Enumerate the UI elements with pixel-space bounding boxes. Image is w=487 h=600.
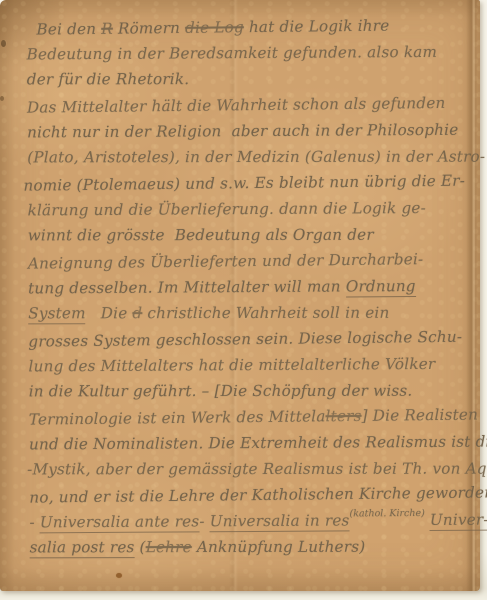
handwritten-segment: -Mystik, aber der gemässigte Realismus i… bbox=[27, 460, 487, 479]
handwritten-segment: Lehre bbox=[146, 538, 192, 556]
handwritten-line: salia post res (Lehre Anknüpfung Luthers… bbox=[30, 535, 487, 562]
handwritten-segment: lters bbox=[325, 407, 361, 425]
handwritten-segment: hat die Logik ihre bbox=[244, 17, 390, 37]
handwritten-segment: der für die Rhetorik. bbox=[27, 70, 190, 88]
handwritten-segment: (kathol. Kirche) bbox=[349, 508, 424, 519]
handwritten-segment: christliche Wahrheit soll in ein bbox=[142, 304, 389, 322]
handwritten-segment: Terminologie ist ein Werk des Mittela bbox=[29, 407, 326, 428]
handwritten-segment: Aneignung des Überlieferten und der Durc… bbox=[28, 250, 424, 272]
handwritten-line: der für die Rhetorik. bbox=[27, 67, 487, 94]
handwritten-line: und die Nominalisten. Die Extremheit des… bbox=[29, 429, 487, 458]
handwritten-segment: salia post res bbox=[30, 538, 135, 558]
handwritten-line: Aneignung des Überlieferten und der Durc… bbox=[28, 246, 487, 277]
manuscript-page: Bei den R Römern die Log hat die Logik i… bbox=[0, 0, 480, 591]
handwritten-line: Bei den R Römern die Log hat die Logik i… bbox=[36, 12, 487, 43]
manuscript-text: Bei den R Römern die Log hat die Logik i… bbox=[0, 0, 487, 563]
handwritten-segment: Anknüpfung Luthers) bbox=[192, 538, 366, 556]
handwritten-segment: Ordnung bbox=[346, 277, 416, 297]
handwritten-segment: lung des Mittelalters hat die mittelalte… bbox=[28, 355, 435, 375]
handwritten-line: Bedeutung in der Beredsamkeit gefunden. … bbox=[27, 39, 487, 68]
handwritten-line: System Die d christliche Wahrheit soll i… bbox=[28, 301, 487, 328]
handwritten-segment: Bedeutung in der Beredsamkeit gefunden. … bbox=[27, 43, 438, 64]
handwritten-line: (Plato, Aristoteles), in der Medizin (Ga… bbox=[27, 145, 487, 172]
handwritten-segment: Universalia in res bbox=[210, 511, 350, 532]
handwritten-segment: ( bbox=[135, 538, 146, 556]
handwritten-line: klärung und die Überlieferung. dann die … bbox=[27, 195, 487, 224]
handwritten-segment: System bbox=[28, 304, 86, 324]
handwritten-line: - Universalia ante res- Universalia in r… bbox=[29, 507, 487, 536]
handwritten-segment: - bbox=[29, 513, 39, 531]
handwritten-segment: Die bbox=[86, 304, 133, 322]
handwritten-segment: die Log bbox=[185, 18, 244, 37]
handwritten-segment: (Plato, Aristoteles), in der Medizin (Ga… bbox=[27, 148, 485, 167]
handwritten-line: lung des Mittelalters hat die mittelalte… bbox=[28, 351, 487, 380]
handwritten-segment: no, und er ist die Lehre der Katholische… bbox=[29, 483, 487, 506]
handwritten-segment: R bbox=[101, 20, 113, 38]
handwritten-line: nomie (Ptolemaeus) und s.w. Es bleibt nu… bbox=[23, 168, 487, 199]
handwritten-segment: ] Die Realisten bbox=[361, 406, 478, 425]
handwritten-segment: und die Nominalisten. Die Extremheit des… bbox=[29, 433, 487, 454]
handwritten-line: nicht nur in der Religion aber auch in d… bbox=[27, 117, 487, 146]
handwritten-segment: nomie (Ptolemaeus) und s.w. Es bleibt nu… bbox=[23, 172, 465, 195]
handwritten-segment: Univer- bbox=[430, 511, 487, 531]
handwritten-line: winnt die grösste Bedeutung als Organ de… bbox=[28, 223, 487, 250]
handwritten-segment: nicht nur in der Religion aber auch in d… bbox=[27, 121, 458, 142]
handwritten-segment: Das Mittelalter hält die Wahrheit schon … bbox=[27, 94, 446, 117]
handwritten-line: grosses System geschlossen sein. Diese l… bbox=[28, 324, 487, 355]
handwritten-line: Terminologie ist ein Werk des Mittelalte… bbox=[29, 402, 487, 433]
handwritten-line: in die Kultur geführt. – [Die Schöpfung … bbox=[29, 379, 487, 406]
handwritten-segment: d bbox=[132, 304, 142, 322]
handwritten-segment: klärung und die Überlieferung. dann die … bbox=[28, 199, 426, 219]
handwritten-segment: Universalia ante res bbox=[40, 512, 200, 533]
handwritten-line: Das Mittelalter hält die Wahrheit schon … bbox=[27, 90, 487, 121]
handwritten-line: tung desselben. Im Mittelalter will man … bbox=[28, 273, 487, 302]
handwritten-segment: grosses System geschlossen sein. Diese l… bbox=[28, 328, 462, 351]
paper-speck bbox=[1, 40, 6, 47]
handwritten-line: -Mystik, aber der gemässigte Realismus i… bbox=[27, 457, 487, 484]
paper-speck bbox=[0, 96, 4, 101]
handwritten-segment: Römern bbox=[113, 19, 185, 38]
handwritten-line: no, und er ist die Lehre der Katholische… bbox=[29, 480, 487, 511]
scanned-photo: Bei den R Römern die Log hat die Logik i… bbox=[0, 0, 487, 600]
paper-speck bbox=[116, 573, 122, 578]
handwritten-segment: tung desselben. Im Mittelalter will man bbox=[28, 277, 346, 297]
handwritten-segment: Bei den bbox=[36, 20, 101, 39]
handwritten-segment: winnt die grösste Bedeutung als Organ de… bbox=[28, 226, 374, 245]
handwritten-segment: in die Kultur geführt. – [Die Schöpfung … bbox=[29, 382, 413, 401]
handwritten-segment: - bbox=[199, 512, 209, 530]
